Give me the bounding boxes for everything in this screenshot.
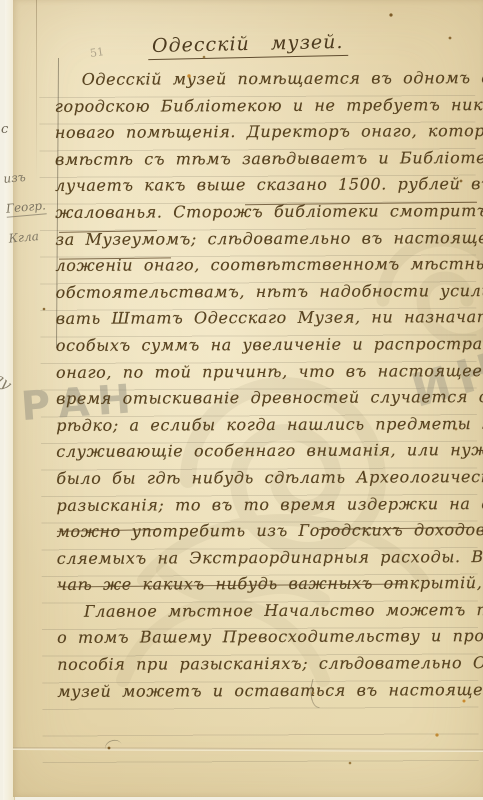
margin-note-line: изъ: [2, 160, 44, 193]
margin-note-line: Геогр.: [5, 197, 46, 217]
title-row: Одесскій музей.: [13, 33, 483, 58]
manuscript-line: городскою Библіотекою и не требуетъ ника…: [55, 92, 479, 120]
manuscript-line: рѣдко; а еслибы когда нашлись предметы з…: [56, 411, 480, 439]
manuscript-line: разысканія; то въ то время издержки на с…: [56, 491, 480, 519]
manuscript-line: за Музеумомъ; слѣдовательно въ настоящем…: [55, 225, 479, 253]
manuscript-line: можно употребить изъ Городскихъ доходовъ…: [57, 517, 481, 545]
vertical-crease: [36, 0, 37, 180]
document-title: Одесскій музей.: [148, 31, 348, 60]
manuscript-line: вать Штатъ Одесскаго Музея, ни назначать: [56, 304, 480, 332]
pencil-page-number: 51: [89, 45, 105, 60]
manuscript-line: онаго, по той причинѣ, что въ настоящее: [56, 358, 480, 386]
manuscript-line: служивающіе особеннаго вниманія, или нуж…: [56, 437, 480, 465]
manuscript-line: о томъ Вашему Превосходительству и проси…: [57, 624, 481, 652]
manuscript-line: вмѣстѣ съ тѣмъ завѣдываетъ и Библіотекою…: [55, 145, 479, 173]
foxing-specks: [13, 0, 15, 2]
manuscript-line: новаго помѣщенія. Директоръ онаго, котор…: [55, 118, 479, 146]
manuscript-line: лучаетъ какъ выше сказано 1500. рублей в…: [55, 171, 479, 199]
manuscript-line: обстоятельствамъ, нѣтъ надобности усили-: [56, 278, 480, 306]
manuscript-line: Главное мѣстное Начальство можетъ предос…: [57, 597, 481, 625]
manuscript-line: сляемыхъ на Экстраординарныя расходы. Въ…: [57, 544, 481, 572]
margin-note: изъ Геогр. Кгла: [2, 160, 50, 253]
manuscript-line: особыхъ суммъ на увеличеніе и распростра…: [56, 331, 480, 359]
manuscript-scan: РАН ИН Одесскій музей. Одесскій музей по…: [0, 0, 483, 800]
manuscript-line: ложеніи онаго, соотвѣтственномъ мѣстнымъ: [55, 251, 479, 279]
manuscript-body: Одесскій музей помѣщается въ одномъ домѣ…: [55, 65, 482, 705]
manuscript-line: пособія при разысканіяхъ; слѣдовательно …: [57, 650, 481, 678]
margin-note-line: Кгла: [7, 220, 49, 253]
manuscript-line: музей можетъ и оставаться въ настоящемъ: [57, 677, 481, 705]
manuscript-line: Одесскій музей помѣщается въ одномъ домѣ…: [55, 65, 479, 93]
manuscript-line: было бы гдѣ нибудь сдѣлать Археологическ…: [56, 464, 480, 492]
edge-letter-mark: с: [1, 122, 8, 137]
manuscript-line: время отыскиваніе древностей случается о…: [56, 384, 480, 412]
manuscript-page: РАН ИН Одесскій музей. Одесскій музей по…: [13, 0, 483, 797]
